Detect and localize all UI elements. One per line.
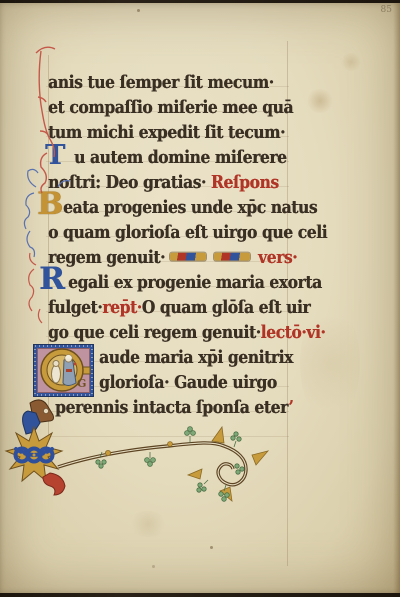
text-line: anis tue ſemper ſit mecum· — [48, 71, 274, 92]
text-line: tum michi expedit ſit tecum· — [48, 121, 285, 142]
text-line: et compaſſio miſerie mee quā — [48, 96, 293, 117]
text-line: aude maria xp̄i genitrix — [99, 346, 293, 367]
body-text: eata progenies unde xp̄c natus — [63, 196, 317, 217]
parchment-stain — [128, 511, 168, 537]
rubric-text: ’ — [288, 396, 293, 417]
text-line: go que celi regem genuit·lectō·vi· — [48, 321, 325, 342]
body-text: O quam glōſa eſt uir — [142, 296, 310, 317]
initial-T: T — [45, 142, 65, 169]
body-text: fulget· — [48, 296, 102, 317]
body-text: et compaſſio miſerie mee quā — [48, 96, 293, 117]
parchment-stain — [340, 53, 362, 71]
text-line: o quam glorioſa eſt uirgo que celi — [48, 221, 327, 242]
parchment-stain — [306, 89, 334, 113]
body-text: go que celi regem genuit· — [48, 321, 261, 342]
body-text: u autem domine miſerere — [74, 146, 286, 167]
text-line: glorioſa· Gaude uirgo — [99, 371, 277, 392]
rubric-text: vers· — [253, 246, 297, 267]
text-line: perennis intacta ſponſa eter’ — [55, 396, 293, 417]
rubric-text: Reſpons — [211, 171, 279, 192]
initial-B: B — [37, 189, 63, 220]
text-line: u autem domine miſerere — [74, 146, 286, 167]
body-text: tum michi expedit ſit tecum· — [48, 121, 285, 142]
rubric-text: lectō·vi· — [261, 321, 326, 342]
text-line: egali ex progenie maria exorta — [68, 271, 322, 292]
text-line: eata progenies unde xp̄c natus — [63, 196, 317, 217]
parchment-page: 85 anis tue ſemper ſit mecum·et compaſſi… — [0, 3, 400, 593]
body-text: regem genuit· — [48, 246, 165, 267]
ink-speck — [137, 9, 140, 12]
body-text: glorioſa· Gaude uirgo — [99, 371, 277, 392]
vine-stem — [58, 443, 246, 485]
body-text: egali ex progenie maria exorta — [68, 271, 322, 292]
body-text: o quam glorioſa eſt uirgo que celi — [48, 221, 327, 242]
ink-speck — [210, 546, 213, 549]
manuscript-photo: 85 anis tue ſemper ſit mecum·et compaſſi… — [0, 0, 400, 597]
body-text: aude maria xp̄i genitrix — [99, 346, 293, 367]
rubric-text: rep̄t· — [102, 296, 141, 317]
initial-R: R — [39, 264, 65, 295]
ink-speck — [152, 565, 155, 568]
line-filler-ornament — [214, 253, 250, 261]
body-text: perennis intacta ſponſa eter — [55, 396, 288, 417]
text-line: noſtri: Deo gratias· Reſpons — [48, 171, 279, 192]
red-leaf-flourish — [43, 473, 65, 495]
folio-number: 85 — [381, 5, 392, 15]
body-text: noſtri: Deo gratias· — [48, 171, 211, 192]
text-line: regem genuit· vers· — [48, 246, 297, 267]
text-line: fulget·rep̄t·O quam glōſa eſt uir — [48, 296, 310, 317]
body-text: anis tue ſemper ſit mecum· — [48, 71, 274, 92]
line-filler-ornament — [170, 253, 206, 261]
